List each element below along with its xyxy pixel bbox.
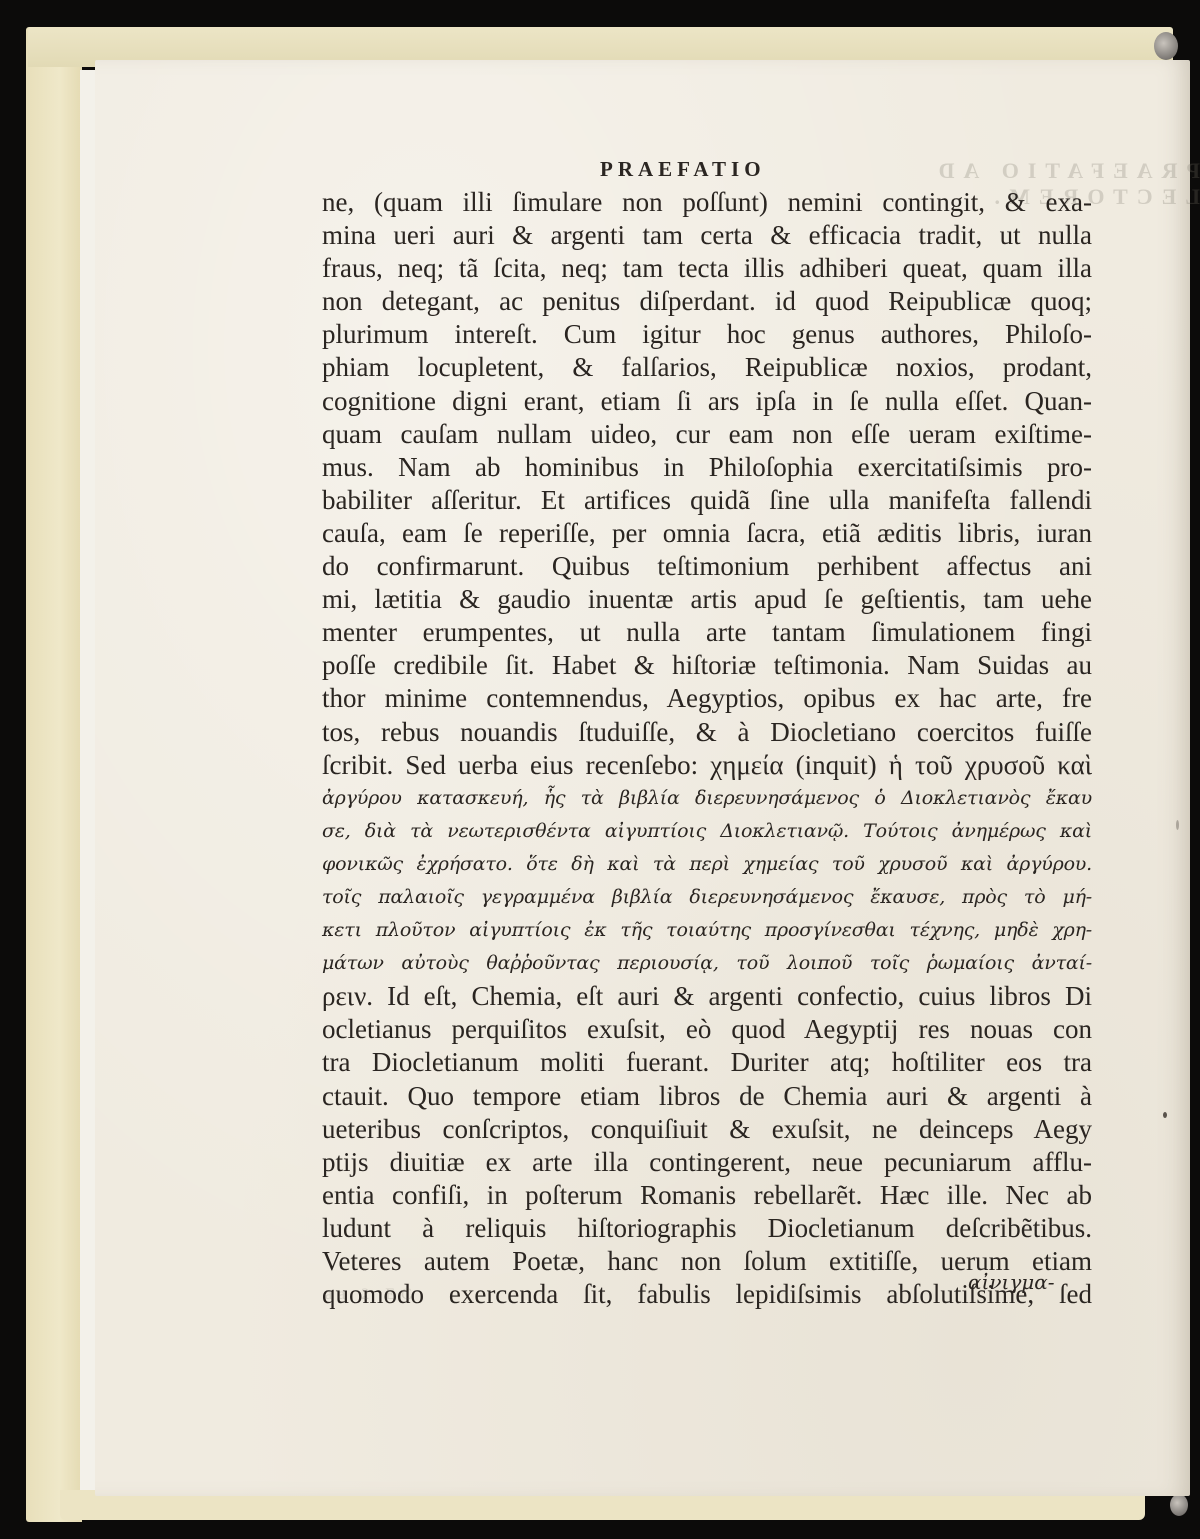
text-line: thor minime contemnendus, Aegyptios, opi… bbox=[322, 682, 1092, 715]
text-line: ptijs diuitiæ ex arte illa contingerent,… bbox=[322, 1146, 1092, 1179]
text-line: ocletianus perquiſitos exuſsit, eò quod … bbox=[322, 1013, 1092, 1046]
greek-text-line: φονικῶς ἐχρήσατο. ὅτε δὴ καὶ τὰ περὶ χημ… bbox=[322, 848, 1092, 881]
text-line: mina ueri auri & argenti tam certa & eff… bbox=[322, 219, 1092, 252]
text-line: mus. Nam ab hominibus in Philoſophia exe… bbox=[322, 451, 1092, 484]
text-line: tos, rebus nouandis ſtuduiſſe, & à Diocl… bbox=[322, 716, 1092, 749]
text-line: phiam locupletent, & falſarios, Reipubli… bbox=[322, 351, 1092, 384]
text-line: babiliter aſſeritur. Et artifices quidã … bbox=[322, 484, 1092, 517]
text-line: tra Diocletianum moliti fuerant. Duriter… bbox=[322, 1046, 1092, 1079]
vellum-cover-left-edge bbox=[26, 27, 82, 1522]
greek-text-line: ἀργύρου κατασκευή, ἧς τὰ βιβλία διερευνη… bbox=[322, 782, 1092, 815]
text-line: ludunt à reliquis hiſtoriographis Diocle… bbox=[322, 1212, 1092, 1245]
text-line: entia confiſi, in poſterum Romanis rebel… bbox=[322, 1179, 1092, 1212]
text-line: ne, (quam illi ſimulare non poſſunt) nem… bbox=[322, 186, 1092, 219]
text-line: cauſa, eam ſe reperiſſe, per omnia ſacra… bbox=[322, 517, 1092, 550]
catchword: αἰνιγμα- bbox=[968, 1270, 1055, 1294]
running-head: PRAEFATIO bbox=[600, 157, 766, 182]
text-line: fraus, neq; tã ſcita, neq; tam tecta ill… bbox=[322, 252, 1092, 285]
clasp-icon bbox=[1170, 1494, 1188, 1516]
ink-speck bbox=[1163, 1112, 1167, 1118]
paper-mark bbox=[1176, 820, 1179, 830]
text-line: quam cauſam nullam uideo, cur eam non eſ… bbox=[322, 418, 1092, 451]
text-line: do confirmarunt. Quibus teſtimonium perh… bbox=[322, 550, 1092, 583]
greek-text-line: μάτων αὐτοὺς θαῤῥοῦντας περιουσίᾳ, τοῦ λ… bbox=[322, 947, 1092, 980]
text-line: poſſe credibile ſit. Habet & hiſtoriæ te… bbox=[322, 649, 1092, 682]
bleed-through-signature: aa 2 EC bbox=[325, 1286, 418, 1304]
text-line: menter erumpentes, ut nulla arte tantam … bbox=[322, 616, 1092, 649]
text-line: plurimum intereſt. Cum igitur hoc genus … bbox=[322, 318, 1092, 351]
greek-text-line: τοῖς παλαιοῖς γεγραμμένα βιβλία διερευνη… bbox=[322, 881, 1092, 914]
body-text: ne, (quam illi ſimulare non poſſunt) nem… bbox=[322, 186, 1092, 1311]
text-line: mi, lætitia & gaudio inuentæ artis apud … bbox=[322, 583, 1092, 616]
text-line: non detegant, ac penitus diſperdant. id … bbox=[322, 285, 1092, 318]
text-line: ρειν. Id eſt, Chemia, eſt auri & argenti… bbox=[322, 980, 1092, 1013]
text-line: ctauit. Quo tempore etiam libros de Chem… bbox=[322, 1080, 1092, 1113]
greek-text-line: κετι πλοῦτον αἰγυπτίοις ἐκ τῆς τοιαύτης … bbox=[322, 914, 1092, 947]
clasp-icon bbox=[1154, 32, 1178, 60]
text-line: ſcribit. Sed uerba eius recenſebo: χημεί… bbox=[322, 749, 1092, 782]
greek-text-line: σε, διὰ τὰ νεωτερισθέντα αἰγυπτίοις Διοκ… bbox=[322, 815, 1092, 848]
text-line: ueteribus conſcriptos, conquiſiuit & exu… bbox=[322, 1113, 1092, 1146]
text-line: cognitione digni erant, etiam ſi ars ipſ… bbox=[322, 385, 1092, 418]
